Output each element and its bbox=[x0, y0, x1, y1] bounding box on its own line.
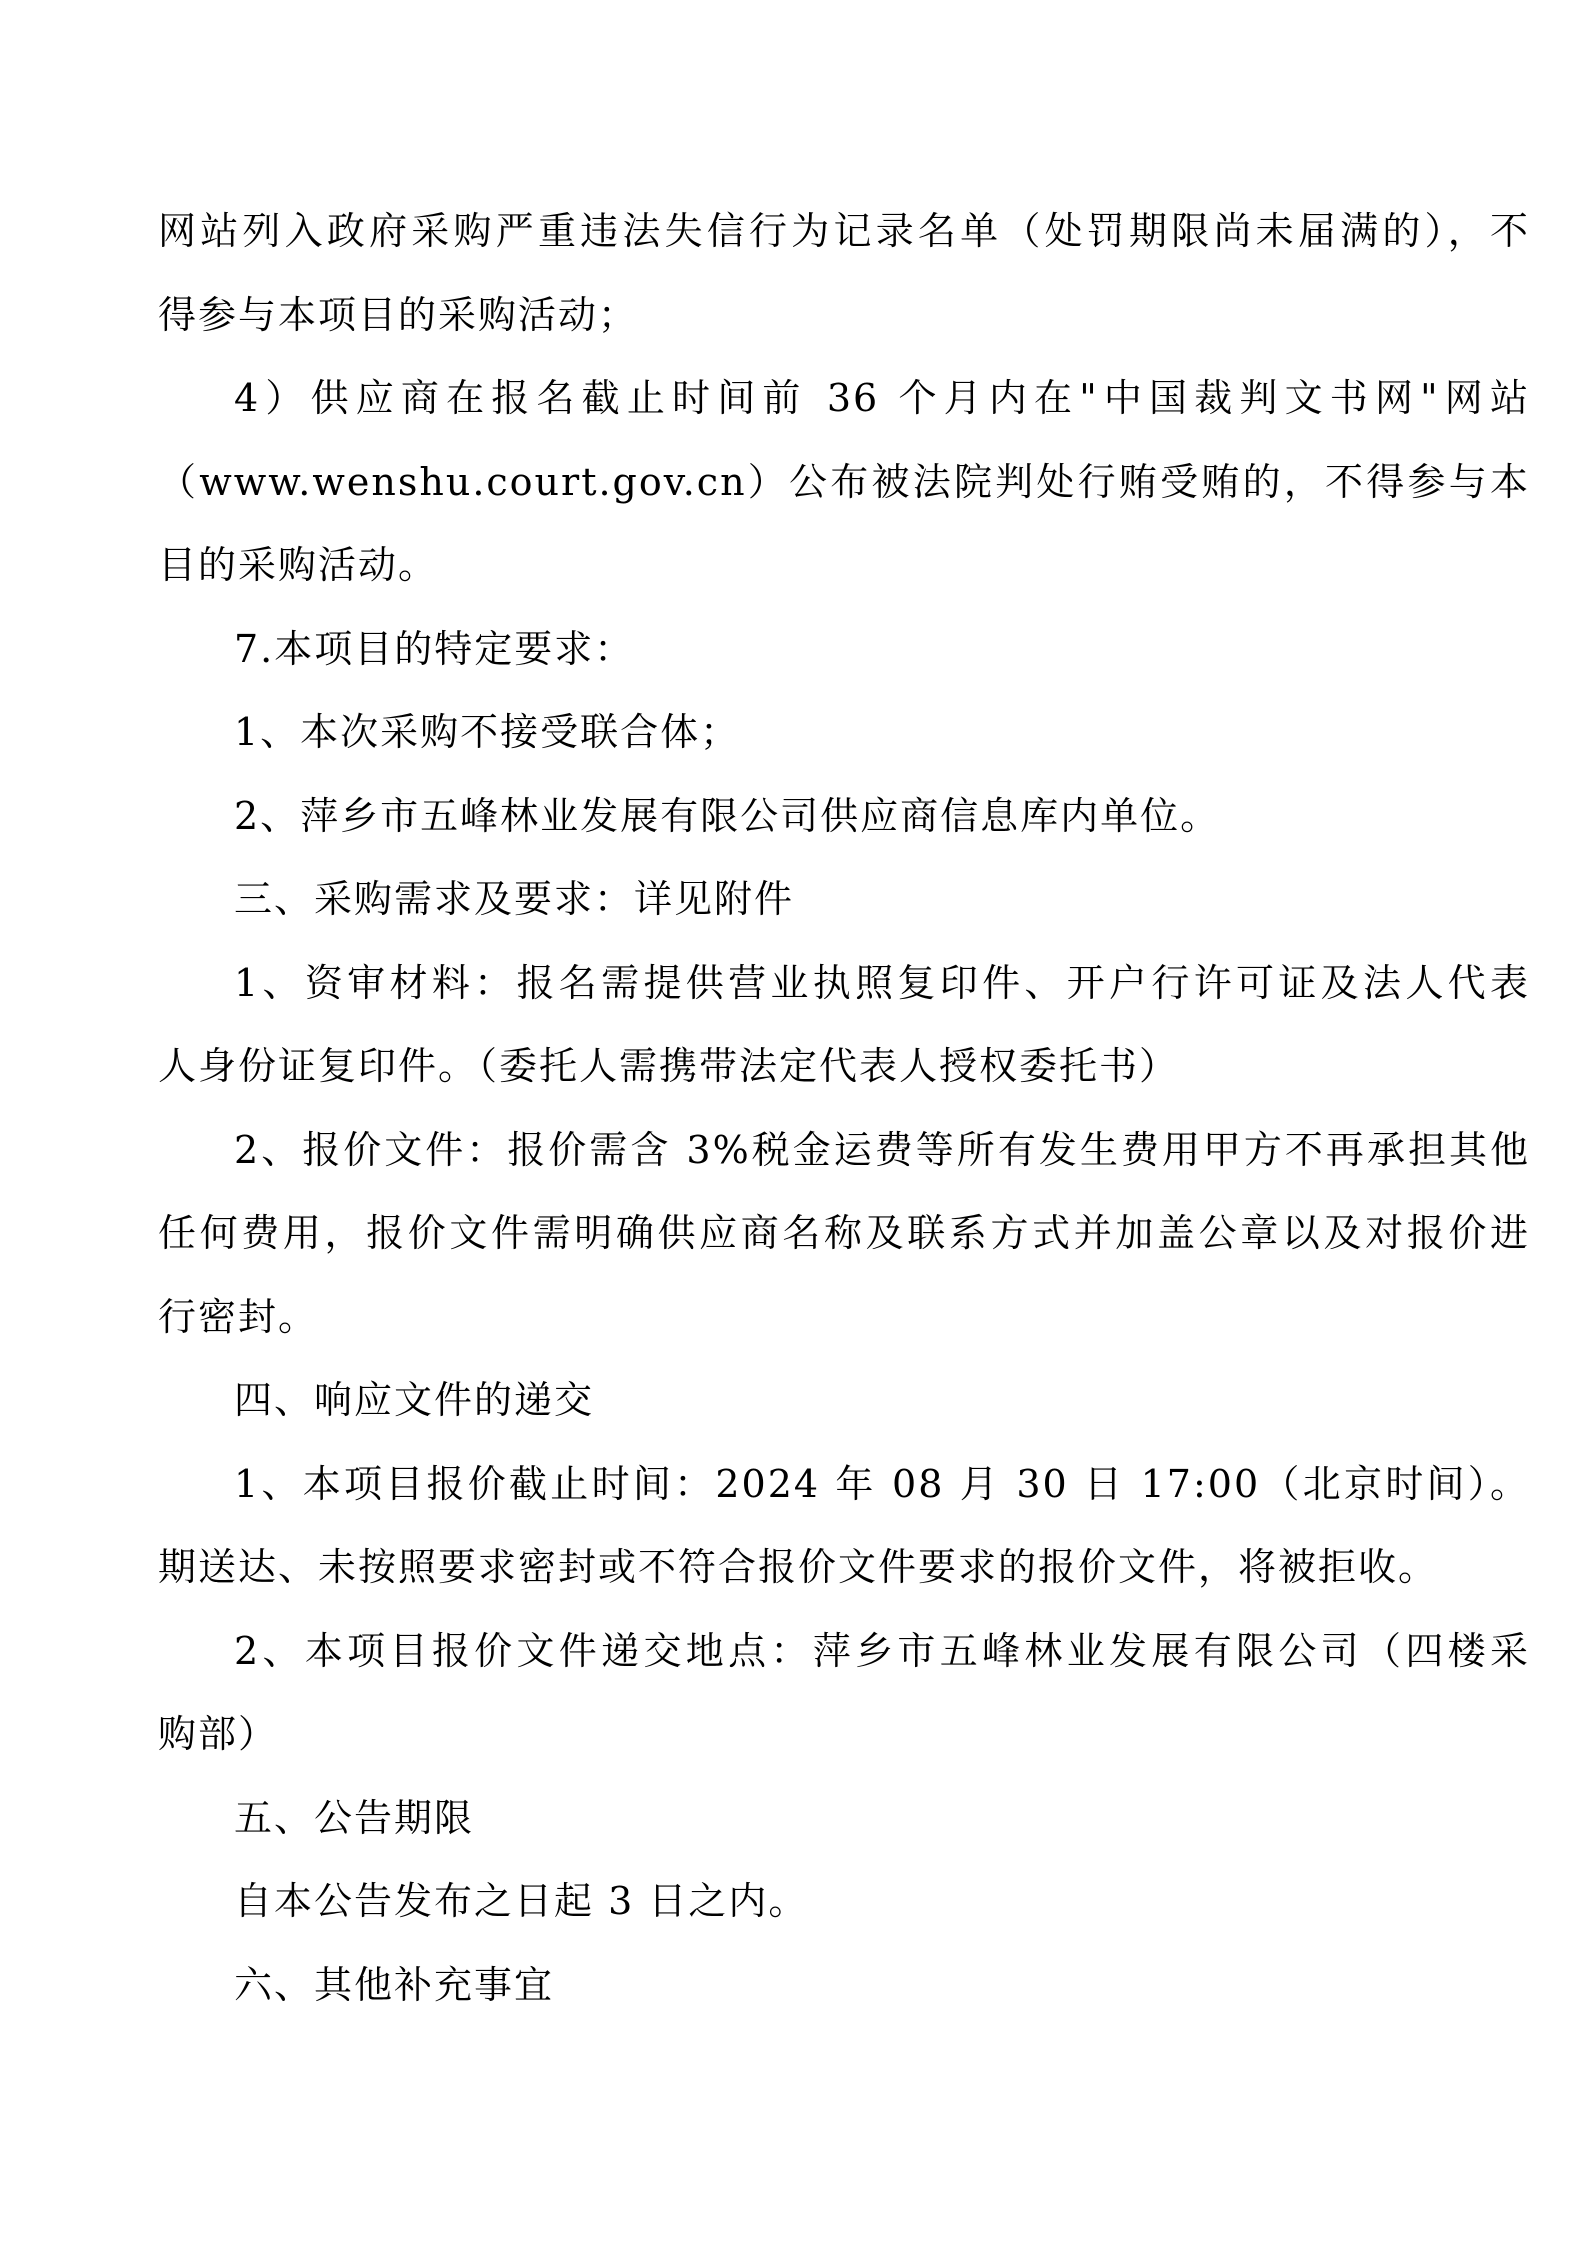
text-line: 1、本次采购不接受联合体； bbox=[158, 691, 1530, 775]
text-line: 网站列入政府采购严重违法失信行为记录名单（处罚期限尚未届满的），不 bbox=[158, 190, 1530, 274]
text-line: 4）供应商在报名截止时间前 36 个月内在"中国裁判文书网"网站 bbox=[158, 357, 1530, 441]
document-page: 网站列入政府采购严重违法失信行为记录名单（处罚期限尚未届满的），不得参与本项目的… bbox=[0, 0, 1587, 2245]
text-line: （www.wenshu.court.gov.cn）公布被法院判处行贿受贿的，不得… bbox=[158, 441, 1530, 525]
text-line: 期送达、未按照要求密封或不符合报价文件要求的报价文件，将被拒收。 bbox=[158, 1526, 1530, 1610]
text-line: 六、其他补充事宜 bbox=[158, 1944, 1530, 2028]
text-line: 得参与本项目的采购活动； bbox=[158, 274, 1530, 358]
text-line: 四、响应文件的递交 bbox=[158, 1359, 1530, 1443]
text-line: 2、报价文件：报价需含 3%税金运费等所有发生费用甲方不再承担其他 bbox=[158, 1109, 1530, 1193]
text-line: 五、公告期限 bbox=[158, 1777, 1530, 1861]
text-line: 1、本项目报价截止时间：2024 年 08 月 30 日 17:00（北京时间）… bbox=[158, 1443, 1530, 1527]
text-line: 2、本项目报价文件递交地点：萍乡市五峰林业发展有限公司（四楼采 bbox=[158, 1610, 1530, 1694]
text-line: 三、采购需求及要求：详见附件 bbox=[158, 858, 1530, 942]
text-line: 任何费用，报价文件需明确供应商名称及联系方式并加盖公章以及对报价进 bbox=[158, 1192, 1530, 1276]
text-line: 7.本项目的特定要求： bbox=[158, 608, 1530, 692]
document-text-body: 网站列入政府采购严重违法失信行为记录名单（处罚期限尚未届满的），不得参与本项目的… bbox=[158, 190, 1530, 2027]
text-line: 行密封。 bbox=[158, 1276, 1530, 1360]
text-line: 目的采购活动。 bbox=[158, 524, 1530, 608]
text-line: 自本公告发布之日起 3 日之内。 bbox=[158, 1860, 1530, 1944]
text-line: 购部） bbox=[158, 1693, 1530, 1777]
text-line: 1、资审材料：报名需提供营业执照复印件、开户行许可证及法人代表 bbox=[158, 942, 1530, 1026]
text-line: 人身份证复印件。（委托人需携带法定代表人授权委托书） bbox=[158, 1025, 1530, 1109]
text-line: 2、萍乡市五峰林业发展有限公司供应商信息库内单位。 bbox=[158, 775, 1530, 859]
